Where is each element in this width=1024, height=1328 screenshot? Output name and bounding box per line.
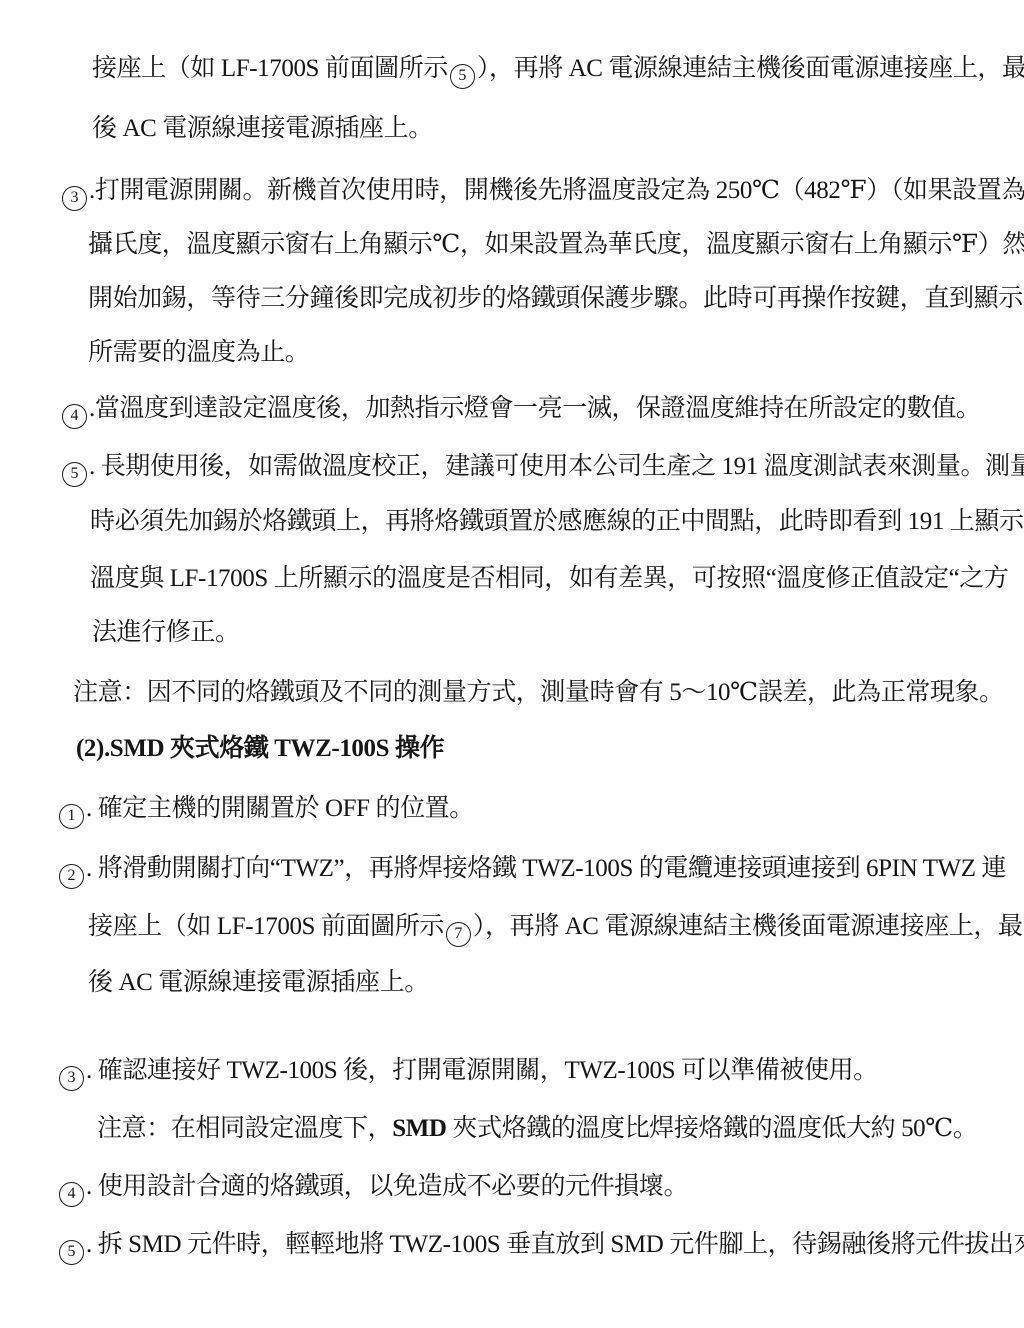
document-line-21: 5. 拆 SMD 元件時，輕輕地將 TWZ-100S 垂直放到 SMD 元件腳上…: [57, 1228, 1024, 1265]
text-segment: ），再將 AC 電源線連結主機後面電源連接座上，最: [477, 55, 1024, 82]
text-segment: 所需要的溫度為止。: [88, 339, 309, 366]
document-line-7: 4.當溫度到達設定溫度後，加熱指示燈會一亮一滅，保證溫度維持在所設定的數值。: [60, 392, 980, 429]
document-line-13: (2).SMD 夾式烙鐵 TWZ-100S 操作: [76, 732, 444, 766]
circled-number-1: 1: [59, 804, 84, 829]
document-line-19: 注意：在相同設定溫度下，SMD 夾式烙鐵的溫度比焊接烙鐵的溫度低大約 50℃。: [97, 1112, 977, 1146]
document-page: 接座上（如 LF-1700S 前面圖所示5），再將 AC 電源線連結主機後面電源…: [0, 0, 1024, 1328]
text-segment: 後 AC 電源線連接電源插座上。: [92, 115, 433, 142]
text-segment: 注意：因不同的烙鐵頭及不同的測量方式，測量時會有 5～10℃誤差，此為正常現象。: [73, 679, 1004, 706]
text-segment: 攝氏度，溫度顯示窗右上角顯示℃，如果設置為華氏度，溫度顯示窗右上角顯示℉）然後: [88, 231, 1024, 258]
document-line-2: 後 AC 電源線連接電源插座上。: [92, 112, 433, 146]
document-line-10: 溫度與 LF-1700S 上所顯示的溫度是否相同，如有差異，可按照“溫度修正值設…: [90, 562, 1009, 596]
text-segment-bold: SMD: [392, 1115, 446, 1142]
document-line-5: 開始加錫，等待三分鐘後即完成初步的烙鐵頭保護步驟。此時可再操作按鍵，直到顯示出: [88, 282, 1024, 316]
circled-number-2: 2: [59, 864, 84, 889]
text-segment: 接座上（如 LF-1700S 前面圖所示: [88, 913, 444, 940]
text-segment: . 長期使用後，如需做溫度校正，建議可使用本公司生產之 191 溫度測試表來測量…: [89, 453, 1024, 480]
text-segment: (2).SMD 夾式烙鐵 TWZ-100S 操作: [76, 735, 444, 762]
text-segment: 法進行修正。: [92, 619, 240, 646]
text-segment: . 使用設計合適的烙鐵頭，以免造成不必要的元件損壞。: [86, 1173, 688, 1200]
circled-number-4: 4: [62, 404, 87, 429]
text-segment: 後 AC 電源線連接電源插座上。: [88, 969, 429, 996]
text-segment: . 確定主機的開關置於 OFF 的位置。: [86, 795, 474, 822]
text-segment: 注意：在相同設定溫度下，: [97, 1115, 392, 1142]
document-line-3: 3.打開電源開關。新機首次使用時，開機後先將溫度設定為 250℃（482℉）（如…: [60, 174, 1024, 211]
document-line-17: 後 AC 電源線連接電源插座上。: [88, 966, 429, 1000]
document-line-20: 4. 使用設計合適的烙鐵頭，以免造成不必要的元件損壞。: [57, 1170, 688, 1207]
document-line-1: 接座上（如 LF-1700S 前面圖所示5），再將 AC 電源線連結主機後面電源…: [92, 52, 1024, 89]
document-line-16: 接座上（如 LF-1700S 前面圖所示7），再將 AC 電源線連結主機後面電源…: [88, 910, 1023, 947]
text-segment: . 確認連接好 TWZ-100S 後，打開電源開關，TWZ-100S 可以準備被…: [86, 1057, 878, 1084]
document-line-6: 所需要的溫度為止。: [88, 336, 309, 370]
text-segment: . 將滑動開關打向“TWZ”，再將焊接烙鐵 TWZ-100S 的電纜連接頭連接到…: [86, 855, 1006, 882]
text-segment: .打開電源開關。新機首次使用時，開機後先將溫度設定為 250℃（482℉）（如果…: [89, 177, 1024, 204]
text-segment: .當溫度到達設定溫度後，加熱指示燈會一亮一滅，保證溫度維持在所設定的數值。: [89, 395, 980, 422]
document-line-9: 時必須先加錫於烙鐵頭上，再將烙鐵頭置於感應線的正中間點，此時即看到 191 上顯…: [90, 505, 1024, 539]
circled-number-3: 3: [59, 1066, 84, 1091]
text-segment: 開始加錫，等待三分鐘後即完成初步的烙鐵頭保護步驟。此時可再操作按鍵，直到顯示出: [88, 285, 1024, 312]
document-line-14: 1. 確定主機的開關置於 OFF 的位置。: [57, 792, 474, 829]
text-segment: 溫度與 LF-1700S 上所顯示的溫度是否相同，如有差異，可按照“溫度修正值設…: [90, 565, 1009, 592]
document-line-18: 3. 確認連接好 TWZ-100S 後，打開電源開關，TWZ-100S 可以準備…: [57, 1054, 878, 1091]
text-segment: 接座上（如 LF-1700S 前面圖所示: [92, 55, 448, 82]
document-line-4: 攝氏度，溫度顯示窗右上角顯示℃，如果設置為華氏度，溫度顯示窗右上角顯示℉）然後: [88, 228, 1024, 262]
circled-number-5: 5: [450, 64, 475, 89]
text-segment: 時必須先加錫於烙鐵頭上，再將烙鐵頭置於感應線的正中間點，此時即看到 191 上顯…: [90, 508, 1024, 535]
document-line-11: 法進行修正。: [92, 616, 240, 650]
text-segment: ），再將 AC 電源線連結主機後面電源連接座上，最: [473, 913, 1023, 940]
circled-number-4: 4: [59, 1182, 84, 1207]
circled-number-3: 3: [62, 186, 87, 211]
document-line-12: 注意：因不同的烙鐵頭及不同的測量方式，測量時會有 5～10℃誤差，此為正常現象。: [73, 676, 1004, 710]
circled-number-5: 5: [59, 1240, 84, 1265]
circled-number-7: 7: [446, 922, 471, 947]
document-line-8: 5. 長期使用後，如需做溫度校正，建議可使用本公司生產之 191 溫度測試表來測…: [60, 450, 1024, 487]
document-line-15: 2. 將滑動開關打向“TWZ”，再將焊接烙鐵 TWZ-100S 的電纜連接頭連接…: [57, 852, 1006, 889]
text-segment: 夾式烙鐵的溫度比焊接烙鐵的溫度低大約 50℃。: [447, 1115, 978, 1142]
circled-number-5: 5: [62, 462, 87, 487]
text-segment: . 拆 SMD 元件時，輕輕地將 TWZ-100S 垂直放到 SMD 元件腳上，…: [86, 1231, 1024, 1258]
